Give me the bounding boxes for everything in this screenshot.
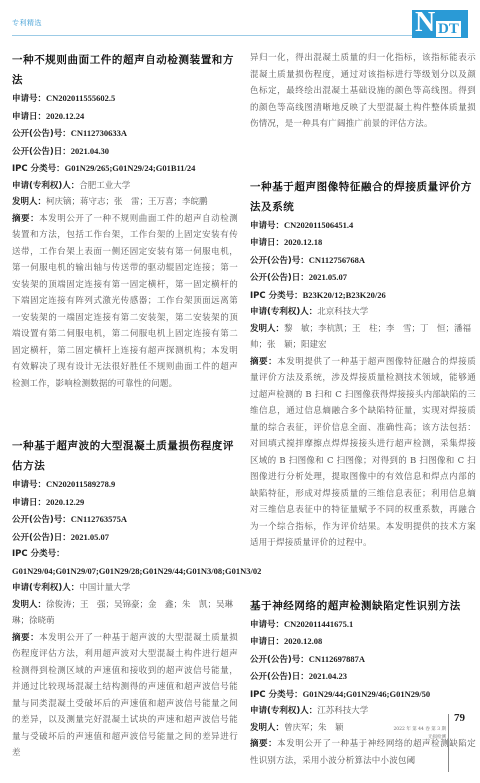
field-label: 公开(公告)日： [250,273,309,283]
application-date: 申请日：2020.12.24 [12,108,238,126]
page-footer: 2022 年 第 44 卷 第 3 期 无损检测 79 [370,712,470,772]
applicant: 申请(专利权)人：中国计量大学 [12,580,238,597]
left-column: 一种不规则曲面工件的超声自动检测装置和方法 申请号：CN202011555602… [12,50,238,762]
field-value: 黎 敏；李杭凯；王 柱；李 雪；丁 恒；潘福帅；张 颖；阳建宏 [250,324,471,351]
entry-spacer [250,133,476,177]
field-label: IPC 分类号： [250,291,303,301]
right-column: 异归一化，得出混凝土质量的归一化指标，该指标能表示混凝土质量损伤程度，通过对该指… [250,50,476,769]
ipc-classification: IPC 分类号：G01N29/265;G01N29/24;G01B11/24 [12,160,238,178]
ndt-logo: N DT [412,10,468,38]
abstract-text: 本发明公开了一种不规则曲面工件的超声自动检测装置和方法，包括工作台架，工作台架的… [12,214,238,389]
field-value: 中国计量大学 [79,583,130,593]
publication-date: 公开(公告)日：2021.04.23 [250,668,476,686]
application-date: 申请日：2020.12.18 [250,234,476,252]
field-label: 公开(公告)号： [12,515,71,525]
field-label: 申请日： [12,112,46,122]
patent-entry: 一种基于超声波的大型混凝土质量损伤程度评估方法 申请号：CN2020115892… [12,436,238,762]
ipc-classification: IPC 分类号：B23K20/12;B23K20/26 [250,287,476,305]
field-value: CN202011589278.9 [46,479,115,489]
field-label: 公开(公告)日： [12,533,71,543]
field-value: CN112697887A [309,654,365,664]
logo-letter-n: N [415,8,435,38]
publication-date: 公开(公告)日：2021.05.07 [250,269,476,287]
abstract-text: 本发明公开了一种基于超声波的大型混凝土质量损伤程度评估方法，利用超声波对大型混凝… [12,633,238,759]
publication-date: 公开(公告)日：2021.05.07 [12,529,238,547]
application-no: 申请号：CN202011506451.4 [250,217,476,235]
field-value: 2020.12.24 [46,111,84,121]
patent-title: 基于神经网络的超声检测缺陷定性识别方法 [250,596,476,616]
patent-title: 一种不规则曲面工件的超声自动检测装置和方法 [12,50,238,90]
field-value: B23K20/12;B23K20/26 [303,290,386,300]
field-value: CN202011555602.5 [46,93,115,103]
field-label: 申请(专利权)人： [12,181,79,191]
field-value: 2021.04.30 [71,146,109,156]
field-label: 摘要： [12,633,39,643]
field-value: CN112756768A [309,255,365,265]
field-label: 摘要： [250,357,277,367]
application-no: 申请号：CN202011589278.9 [12,476,238,494]
field-label: 申请号： [250,221,284,231]
publication-no: 公开(公告)号：CN112756768A [250,252,476,270]
field-label: 申请(专利权)人： [12,583,79,593]
field-label: 申请(专利权)人： [250,706,317,716]
patent-title: 一种基于超声图像特征融合的焊接质量评价方法及系统 [250,177,476,217]
field-label: 申请号： [250,620,284,630]
page-number: 79 [454,712,465,724]
publication-no: 公开(公告)号：CN112697887A [250,651,476,669]
abstract: 摘要：本发明提供了一种基于超声图像特征融合的焊接质量评价方法及系统，涉及焊接质量… [250,354,476,552]
field-value: CN112763575A [71,514,127,524]
field-value: 2021.04.23 [309,671,347,681]
publication-no: 公开(公告)号：CN112730633A [12,125,238,143]
field-label: 申请(专利权)人： [250,307,317,317]
field-value: G01N29/44;G01N29/46;G01N29/50 [303,689,431,699]
field-label: IPC 分类号： [12,164,65,174]
patent-entry: 一种基于超声图像特征融合的焊接质量评价方法及系统 申请号：CN202011506… [250,177,476,552]
journal-name: 无损检测 [393,734,446,742]
field-value: G01N29/265;G01N29/24;G01B11/24 [65,163,196,173]
field-label: 申请号： [12,480,46,490]
field-label: 公开(公告)号： [12,129,71,139]
inventors: 发明人：柯庆镝；蒋守志；张 雷；王万喜；李皖鹏 [12,194,238,211]
header-divider [12,35,420,36]
inventors: 发明人：黎 敏；李杭凯；王 柱；李 雪；丁 恒；潘福帅；张 颖；阳建宏 [250,321,476,354]
field-label: 公开(公告)日： [250,672,309,682]
application-no: 申请号：CN202011441675.1 [250,616,476,634]
entry-spacer [250,552,476,596]
field-label: 申请日： [12,498,46,508]
journal-info: 2022 年 第 44 卷 第 3 期 无损检测 [393,726,446,742]
inventors: 发明人：徐俊涛；王 强；吴锦豪；金 鑫；朱 凯；吴琳琳；徐晓萌 [12,597,238,630]
patent-title: 一种基于超声波的大型混凝土质量损伤程度评估方法 [12,436,238,476]
field-value: 2020.12.08 [284,636,322,646]
field-value: CN112730633A [71,128,127,138]
field-label: 公开(公告)号： [250,655,309,665]
field-value: G01N29/04;G01N29/07;G01N29/28;G01N29/44;… [12,566,261,576]
application-date: 申请日：2020.12.29 [12,494,238,512]
application-no: 申请号：CN202011555602.5 [12,90,238,108]
field-value: 徐俊涛；王 强；吴锦豪；金 鑫；朱 凯；吴琳琳；徐晓萌 [12,600,233,627]
field-value: 江苏科技大学 [317,706,368,716]
field-value: 曾庆军；朱 颖 [284,723,344,733]
abstract-text: 本发明提供了一种基于超声图像特征融合的焊接质量评价方法及系统，涉及焊接质量检测技… [250,357,476,549]
field-value: 2020.12.29 [46,497,84,507]
abstract: 摘要：本发明公开了一种不规则曲面工件的超声自动检测装置和方法，包括工作台架，工作… [12,211,238,393]
field-label: 发明人： [12,197,46,207]
field-value: 柯庆镝；蒋守志；张 雷；王万喜；李皖鹏 [46,197,208,207]
field-label: 申请日： [250,637,284,647]
patent-entry: 一种不规则曲面工件的超声自动检测装置和方法 申请号：CN202011555602… [12,50,238,392]
field-value: CN202011506451.4 [284,220,353,230]
field-label: 发明人： [250,723,284,733]
abstract: 摘要：本发明公开了一种基于超声波的大型混凝土质量损伤程度评估方法，利用超声波对大… [12,630,238,762]
section-label: 专利精选 [12,18,42,28]
field-label: 公开(公告)日： [12,147,71,157]
application-date: 申请日：2020.12.08 [250,633,476,651]
field-value: 2020.12.18 [284,237,322,247]
field-value: 2021.05.07 [309,272,347,282]
publication-no: 公开(公告)号：CN112763575A [12,511,238,529]
field-value: CN202011441675.1 [284,619,353,629]
field-label: 申请号： [12,94,46,104]
field-label: 摘要： [250,739,277,749]
field-label: 公开(公告)号： [250,256,309,266]
abstract-continuation: 异归一化，得出混凝土质量的归一化指标，该指标能表示混凝土质量损伤程度，通过对该指… [250,50,476,133]
field-value: 合肥工业大学 [79,181,130,191]
ipc-classification: IPC 分类号：G01N29/04;G01N29/07;G01N29/28;G0… [12,546,238,580]
applicant: 申请(专利权)人：合肥工业大学 [12,178,238,195]
footer-divider [448,714,449,772]
journal-issue: 2022 年 第 44 卷 第 3 期 [393,726,446,734]
ipc-classification: IPC 分类号：G01N29/44;G01N29/46;G01N29/50 [250,686,476,704]
entry-spacer [12,392,238,436]
page-header: 专利精选 N DT [0,0,480,40]
publication-date: 公开(公告)日：2021.04.30 [12,143,238,161]
field-label: 摘要： [12,214,39,224]
field-label: IPC 分类号： [250,690,303,700]
field-label: IPC 分类号： [12,549,65,559]
field-label: 发明人： [12,600,46,610]
field-value: 2021.05.07 [71,532,109,542]
applicant: 申请(专利权)人：北京科技大学 [250,304,476,321]
field-label: 发明人： [250,324,284,334]
field-value: 北京科技大学 [317,307,368,317]
field-label: 申请日： [250,238,284,248]
logo-letters-dt: DT [436,21,461,37]
